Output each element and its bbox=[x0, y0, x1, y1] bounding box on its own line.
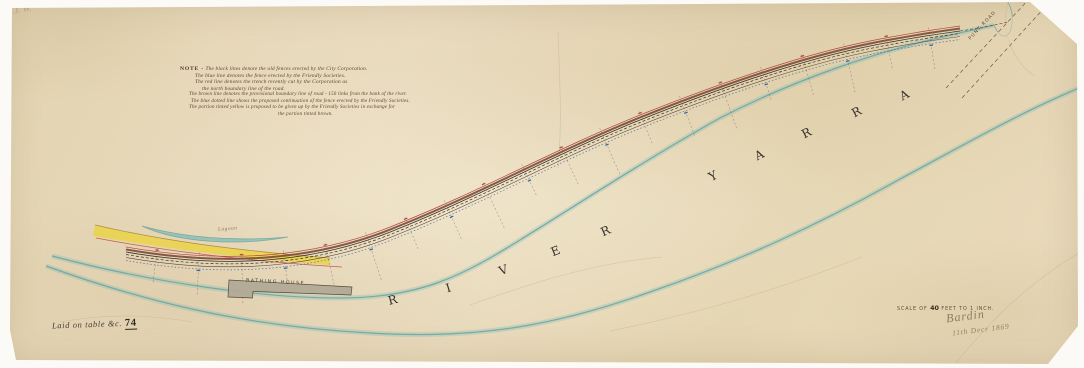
note-label: NOTE - bbox=[180, 66, 204, 72]
survey-tick-figure bbox=[482, 183, 485, 185]
scale-value: 40 bbox=[930, 304, 939, 312]
south-bank-path bbox=[46, 86, 1084, 335]
survey-tick-line bbox=[761, 67, 771, 99]
survey-tick-line bbox=[325, 243, 334, 284]
river-letter: A bbox=[897, 87, 911, 103]
lagoon-label: Lagoon bbox=[218, 225, 238, 232]
survey-tick-figure bbox=[370, 249, 373, 250]
fence-band bbox=[126, 22, 1008, 270]
docket-number: 74 bbox=[125, 318, 137, 330]
survey-tick-figure bbox=[719, 82, 722, 83]
river-letter: V bbox=[497, 262, 510, 278]
survey-tick-figure bbox=[605, 144, 608, 145]
survey-tick-line bbox=[444, 200, 461, 238]
signature-name: Bardin bbox=[945, 307, 985, 327]
survey-tick-line bbox=[561, 146, 579, 184]
survey-tick-figure bbox=[801, 56, 804, 57]
south-bank-soft bbox=[46, 86, 1084, 335]
survey-tick-figure bbox=[528, 180, 531, 182]
paper-sheet: J. W. NOTE - The black lines denote the … bbox=[0, 0, 1084, 368]
docket-annotation: Laid on table &c. 74 bbox=[52, 318, 137, 332]
survey-tick-figure bbox=[929, 45, 933, 46]
corner-mark: J. W. bbox=[13, 3, 32, 16]
survey-tick-figure bbox=[404, 218, 407, 219]
scale-prefix: SCALE OF bbox=[897, 307, 930, 312]
survey-tick-line bbox=[928, 28, 934, 70]
survey-tick-line bbox=[680, 96, 695, 135]
survey-tick-figure bbox=[884, 36, 888, 37]
survey-tick-figure bbox=[764, 84, 767, 85]
note-line: the portion tinted brown. bbox=[180, 112, 540, 119]
survey-tick-figure bbox=[846, 61, 850, 62]
survey-tick-figure bbox=[684, 112, 687, 113]
river-banks bbox=[46, 0, 1084, 335]
note-line: The black lines denote the old fences er… bbox=[205, 66, 367, 72]
survey-tick-figure bbox=[560, 147, 563, 149]
survey-tick-line bbox=[197, 253, 199, 295]
note-block: NOTE - The black lines denote the old fe… bbox=[180, 66, 540, 118]
survey-tick-line bbox=[522, 164, 537, 195]
survey-tick-line bbox=[153, 249, 157, 283]
road-name-label: PUNT ROAD bbox=[968, 10, 998, 41]
survey-tick-line bbox=[886, 35, 892, 68]
crease-lines bbox=[60, 2, 1084, 368]
river-letter: A bbox=[752, 147, 766, 163]
survey-tick-line bbox=[600, 128, 620, 174]
band-line-red bbox=[126, 26, 960, 256]
river-letter: R bbox=[599, 223, 613, 239]
survey-tick-figure bbox=[324, 245, 328, 246]
river-letter: E bbox=[549, 243, 562, 259]
survey-tick-figure bbox=[450, 216, 453, 217]
survey-tick-line bbox=[483, 183, 504, 228]
river-letter: Y bbox=[706, 168, 719, 184]
survey-tick-line bbox=[405, 217, 418, 248]
survey-tick-figure bbox=[638, 112, 641, 113]
survey-tick-line bbox=[720, 81, 737, 128]
survey-tick-line bbox=[242, 253, 243, 303]
map-drawing bbox=[0, 0, 1084, 368]
river-letter: R bbox=[386, 292, 398, 308]
river-letter: R bbox=[849, 104, 864, 121]
scanned-plan: J. W. NOTE - The black lines denote the … bbox=[0, 0, 1084, 368]
river-letter: R bbox=[799, 125, 813, 142]
band-line-brown bbox=[126, 29, 960, 259]
survey-tick-line bbox=[366, 232, 382, 279]
river-letter: I bbox=[444, 281, 453, 296]
survey-tick-line bbox=[802, 55, 814, 95]
bathing-house-label: BATHING HOUSE bbox=[246, 278, 305, 286]
river-upstream-path bbox=[994, 0, 1012, 36]
survey-tick-line bbox=[639, 112, 652, 144]
survey-tick-line bbox=[284, 250, 288, 284]
lagoon-shape bbox=[142, 226, 288, 242]
survey-tick-line bbox=[844, 44, 855, 93]
docket-text: Laid on table &c. bbox=[52, 318, 125, 331]
